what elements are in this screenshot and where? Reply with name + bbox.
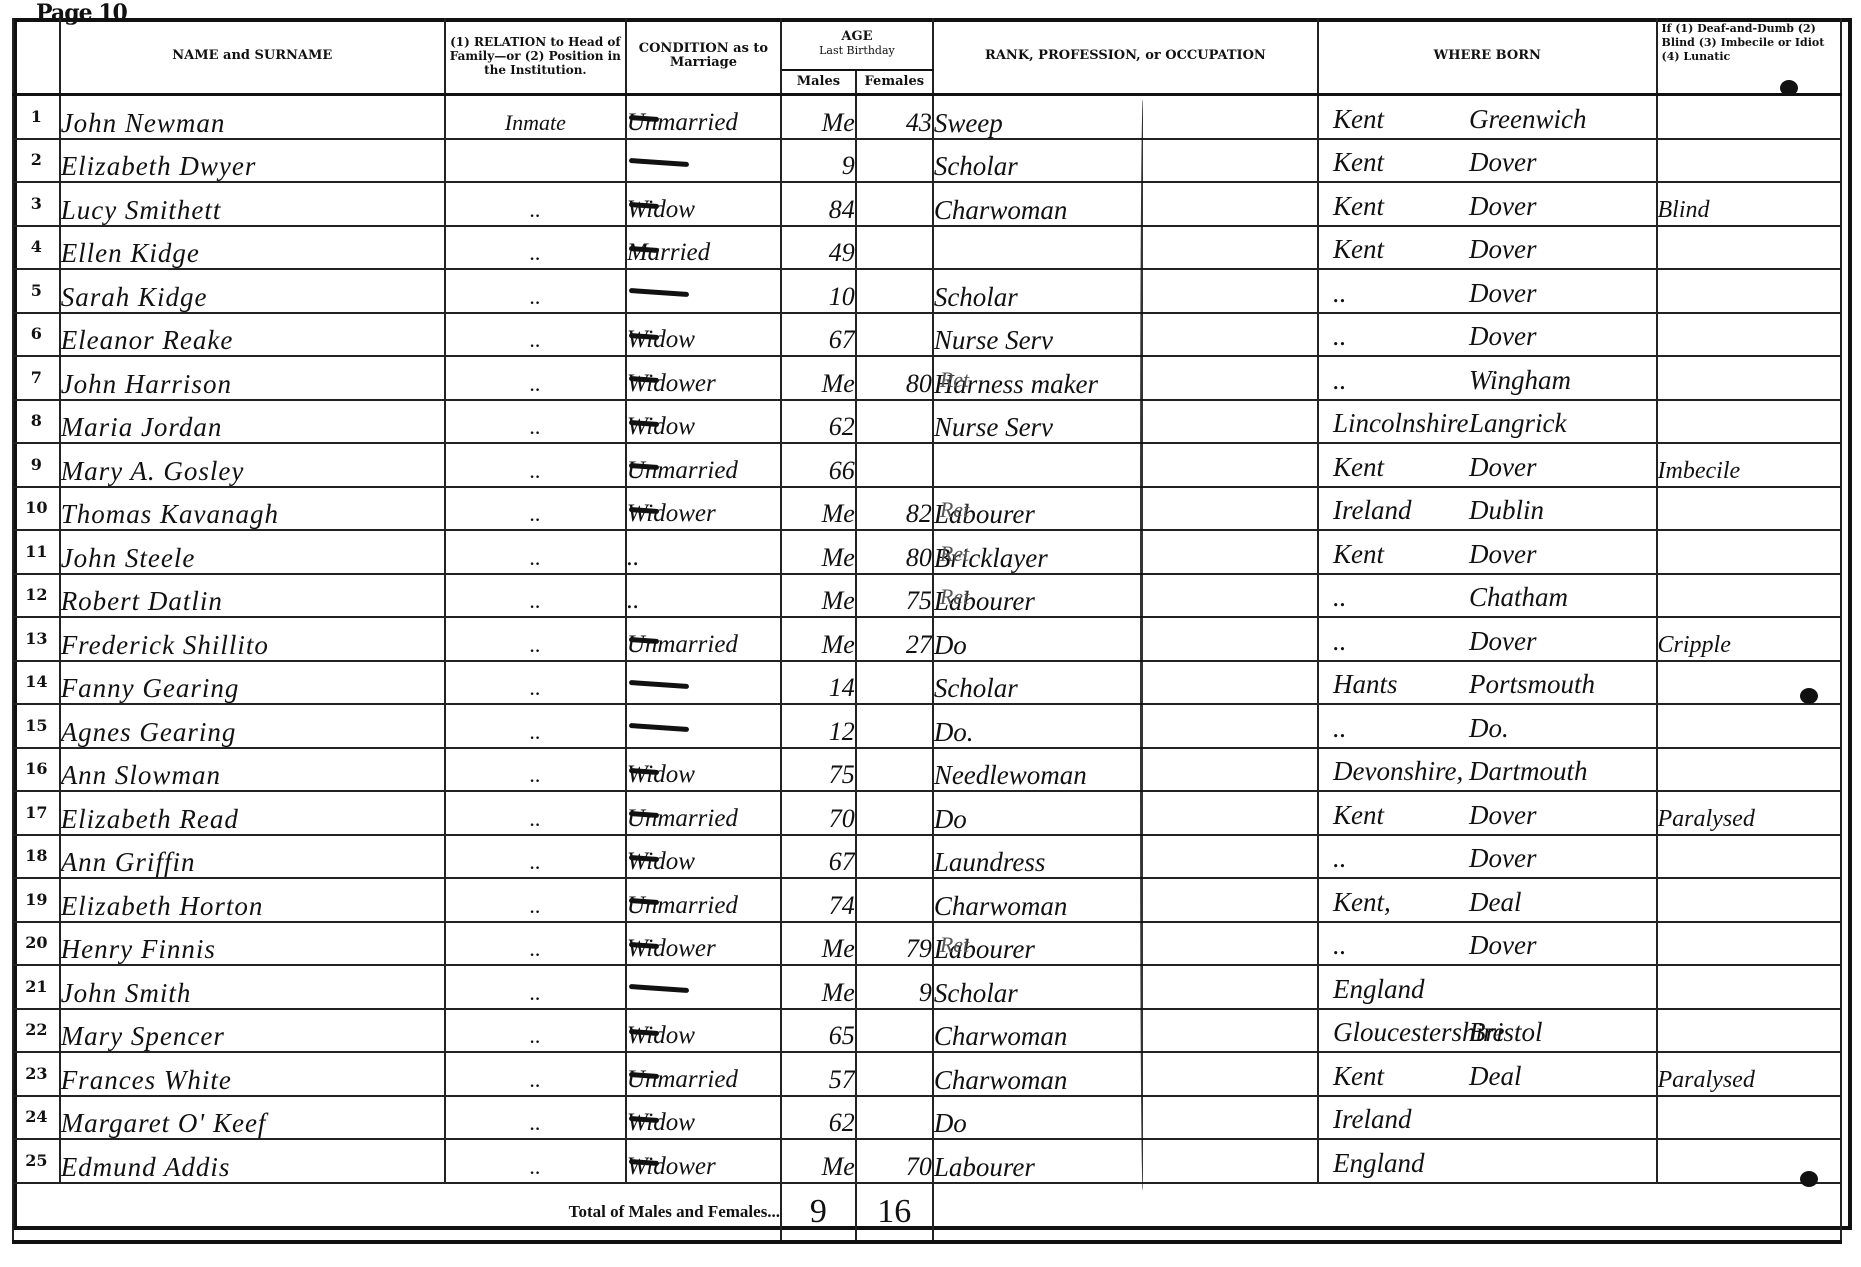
row-number: 10 [13, 487, 60, 531]
marital-condition: .. [626, 530, 781, 574]
age-female [856, 443, 933, 487]
row-number: 24 [13, 1096, 60, 1140]
occupation-text: Scholar [934, 282, 1018, 312]
age-male: 12 [781, 704, 856, 748]
occupation: Charwoman [933, 1009, 1318, 1053]
age-male: 10 [781, 269, 856, 313]
census-row: 15Agnes Gearing..—12Do...Do. [13, 704, 1841, 748]
birth-county: Kent, [1333, 887, 1391, 917]
occupation: Nurse Serv [933, 313, 1318, 357]
row-number: 25 [13, 1139, 60, 1183]
occupation: Labourer [933, 1139, 1318, 1183]
checker-margin-line [1140, 100, 1147, 1190]
marital-condition: Widower [626, 356, 781, 400]
occupation: RetLabourer [933, 922, 1318, 966]
birth-town: Langrick [1469, 408, 1567, 438]
relation [445, 139, 626, 183]
census-row: 3Lucy Smithett..Widow84CharwomanKentDove… [13, 182, 1841, 226]
header-relation: (1) RELATION to Head of Family—or (2) Po… [445, 18, 626, 95]
person-name: Lucy Smithett [60, 182, 445, 226]
person-name: Elizabeth Horton [60, 878, 445, 922]
birth-county: .. [1333, 582, 1347, 612]
marital-condition: Widow [626, 1009, 781, 1053]
age-female [856, 1009, 933, 1053]
condition-text: Widower [627, 500, 716, 527]
marital-condition: .. [626, 574, 781, 618]
where-born: LincolnshireLangrick [1318, 400, 1657, 444]
marital-condition: Widow [626, 748, 781, 792]
header-where-born: WHERE BORN [1318, 18, 1657, 95]
row-number: 16 [13, 748, 60, 792]
infirmity [1657, 748, 1841, 792]
birth-county: Devonshire, [1333, 756, 1463, 786]
census-row: 20Henry Finnis..WidowerMe79RetLabourer..… [13, 922, 1841, 966]
age-male: 62 [781, 1096, 856, 1140]
relation: .. [445, 1009, 626, 1053]
occupation: Do [933, 617, 1318, 661]
relation: .. [445, 400, 626, 444]
occupation: Sweep [933, 95, 1318, 139]
age-female [856, 835, 933, 879]
infirmity: Paralysed [1657, 791, 1841, 835]
age-male: 70 [781, 791, 856, 835]
age-female [856, 1052, 933, 1096]
age-male: Me [781, 487, 856, 531]
infirmity [1657, 487, 1841, 531]
occupation: Do. [933, 704, 1318, 748]
relation: .. [445, 878, 626, 922]
where-born: KentDover [1318, 139, 1657, 183]
where-born: ..Dover [1318, 269, 1657, 313]
row-number: 4 [13, 226, 60, 270]
relation: .. [445, 1139, 626, 1183]
total-females: 16 [856, 1183, 933, 1242]
census-row: 6Eleanor Reake..Widow67Nurse Serv..Dover [13, 313, 1841, 357]
header-males: Males [781, 70, 856, 95]
age-male: Me [781, 965, 856, 1009]
age-female: 70 [856, 1139, 933, 1183]
condition-text: .. [627, 544, 640, 571]
condition-text: Widow [627, 761, 695, 788]
marital-condition: — [626, 269, 781, 313]
birth-town: Dover [1469, 278, 1536, 308]
totals-label: Total of Males and Females... [13, 1183, 781, 1242]
marital-condition: Widow [626, 182, 781, 226]
occupation-text: Labourer [934, 1152, 1035, 1182]
relation: .. [445, 182, 626, 226]
marital-condition: Unmarried [626, 617, 781, 661]
age-female [856, 1096, 933, 1140]
ink-blot [1780, 80, 1798, 96]
birth-county: .. [1333, 321, 1347, 351]
age-male: 74 [781, 878, 856, 922]
person-name: Thomas Kavanagh [60, 487, 445, 531]
where-born: KentDeal [1318, 1052, 1657, 1096]
person-name: Fanny Gearing [60, 661, 445, 705]
condition-text: Widow [627, 1109, 695, 1136]
occupation-text: Needlewoman [934, 760, 1087, 790]
row-number: 13 [13, 617, 60, 661]
marital-condition: Unmarried [626, 443, 781, 487]
relation: .. [445, 791, 626, 835]
occupation-annotation: Ret [940, 365, 969, 395]
where-born: England [1318, 1139, 1657, 1183]
census-row: 10Thomas Kavanagh..WidowerMe82RetLaboure… [13, 487, 1841, 531]
relation: .. [445, 226, 626, 270]
marital-condition: Widower [626, 922, 781, 966]
birth-town: Dublin [1469, 495, 1544, 525]
person-name: Mary A. Gosley [60, 443, 445, 487]
census-row: 4Ellen Kidge..Married49KentDover [13, 226, 1841, 270]
occupation-text: Charwoman [934, 891, 1068, 921]
header-females: Females [856, 70, 933, 95]
occupation-text: Scholar [934, 673, 1018, 703]
occupation-text: Do [934, 804, 967, 834]
birth-town: Dover [1469, 147, 1536, 177]
birth-county: England [1333, 974, 1425, 1004]
age-female: 80 [856, 356, 933, 400]
header-age-title: AGE [782, 30, 932, 44]
total-males: 9 [781, 1183, 856, 1242]
birth-county: .. [1333, 626, 1347, 656]
where-born: ..Chatham [1318, 574, 1657, 618]
birth-county: .. [1333, 843, 1347, 873]
census-row: 21John Smith..—Me9ScholarEngland [13, 965, 1841, 1009]
person-name: Ann Slowman [60, 748, 445, 792]
infirmity: Imbecile [1657, 443, 1841, 487]
occupation-text: Charwoman [934, 195, 1068, 225]
person-name: Elizabeth Dwyer [60, 139, 445, 183]
where-born: IrelandDublin [1318, 487, 1657, 531]
age-female: 80 [856, 530, 933, 574]
row-number: 18 [13, 835, 60, 879]
age-male: 9 [781, 139, 856, 183]
marital-condition: Unmarried [626, 791, 781, 835]
tally-strike [629, 984, 689, 993]
header-condition: CONDITION as to Marriage [626, 18, 781, 95]
occupation: Needlewoman [933, 748, 1318, 792]
infirmity [1657, 878, 1841, 922]
condition-text: Unmarried [627, 631, 738, 658]
occupation-text: Charwoman [934, 1065, 1068, 1095]
condition-text: Married [627, 239, 710, 266]
row-number: 1 [13, 95, 60, 139]
condition-text: Widow [627, 326, 695, 353]
marital-condition: Unmarried [626, 1052, 781, 1096]
occupation: Do [933, 791, 1318, 835]
person-name: Ellen Kidge [60, 226, 445, 270]
person-name: John Harrison [60, 356, 445, 400]
row-number: 8 [13, 400, 60, 444]
row-number: 9 [13, 443, 60, 487]
age-male: 66 [781, 443, 856, 487]
census-row: 14Fanny Gearing..—14ScholarHantsPortsmou… [13, 661, 1841, 705]
age-female [856, 269, 933, 313]
occupation-text: Laundress [934, 847, 1046, 877]
marital-condition: Married [626, 226, 781, 270]
where-born: ..Dover [1318, 313, 1657, 357]
occupation-text: Do [934, 1108, 967, 1138]
age-female [856, 704, 933, 748]
row-number: 21 [13, 965, 60, 1009]
census-row: 7John Harrison..WidowerMe80RetHarness ma… [13, 356, 1841, 400]
infirmity: Cripple [1657, 617, 1841, 661]
person-name: Henry Finnis [60, 922, 445, 966]
marital-condition: — [626, 139, 781, 183]
age-male: Me [781, 574, 856, 618]
occupation: Charwoman [933, 1052, 1318, 1096]
header-infirmity: If (1) Deaf-and-Dumb (2) Blind (3) Imbec… [1657, 18, 1841, 95]
age-female [856, 182, 933, 226]
person-name: Sarah Kidge [60, 269, 445, 313]
infirmity [1657, 922, 1841, 966]
marital-condition: — [626, 965, 781, 1009]
marital-condition: Widower [626, 1139, 781, 1183]
census-row: 5Sarah Kidge..—10Scholar..Dover [13, 269, 1841, 313]
row-number: 19 [13, 878, 60, 922]
occupation: Scholar [933, 965, 1318, 1009]
birth-county: England [1333, 1148, 1425, 1178]
census-row: 18Ann Griffin..Widow67Laundress..Dover [13, 835, 1841, 879]
age-male: 67 [781, 313, 856, 357]
condition-text: Widower [627, 1153, 716, 1180]
birth-county: Kent [1333, 539, 1384, 569]
occupation-text: Do [934, 630, 967, 660]
marital-condition: Unmarried [626, 878, 781, 922]
tally-strike [629, 157, 689, 166]
age-male: 57 [781, 1052, 856, 1096]
age-male: 84 [781, 182, 856, 226]
infirmity [1657, 269, 1841, 313]
birth-town: Deal [1469, 887, 1521, 917]
age-male: 49 [781, 226, 856, 270]
relation: .. [445, 530, 626, 574]
relation: .. [445, 617, 626, 661]
age-female [856, 139, 933, 183]
birth-town: Deal [1469, 1061, 1521, 1091]
census-row: 2Elizabeth Dwyer—9ScholarKentDover [13, 139, 1841, 183]
totals-blank [933, 1183, 1841, 1242]
where-born: Kent,Deal [1318, 878, 1657, 922]
occupation: RetLabourer [933, 487, 1318, 531]
census-table: NAME and SURNAME (1) RELATION to Head of… [12, 18, 1842, 1244]
census-row: 13Frederick Shillito..UnmarriedMe27Do..D… [13, 617, 1841, 661]
age-female [856, 878, 933, 922]
age-female [856, 748, 933, 792]
census-row: 11John Steele....Me80RetBricklayerKentDo… [13, 530, 1841, 574]
occupation: Nurse Serv [933, 400, 1318, 444]
birth-county: .. [1333, 278, 1347, 308]
infirmity: Blind [1657, 182, 1841, 226]
birth-town: Dover [1469, 843, 1536, 873]
census-row: 17Elizabeth Read..Unmarried70DoKentDover… [13, 791, 1841, 835]
condition-text: Widower [627, 370, 716, 397]
census-row: 22Mary Spencer..Widow65CharwomanGloucest… [13, 1009, 1841, 1053]
census-row: 8Maria Jordan..Widow62Nurse ServLincolns… [13, 400, 1841, 444]
occupation: RetLabourer [933, 574, 1318, 618]
header-age: AGE Last Birthday [781, 18, 933, 70]
infirmity [1657, 313, 1841, 357]
relation: .. [445, 1096, 626, 1140]
census-row: 23Frances White..Unmarried57CharwomanKen… [13, 1052, 1841, 1096]
age-female: 79 [856, 922, 933, 966]
condition-text: Widow [627, 196, 695, 223]
birth-town: Dover [1469, 930, 1536, 960]
occupation: RetBricklayer [933, 530, 1318, 574]
row-number: 7 [13, 356, 60, 400]
tally-strike [629, 723, 689, 732]
birth-town: Dover [1469, 626, 1536, 656]
birth-county: .. [1333, 365, 1347, 395]
header-name: NAME and SURNAME [60, 18, 445, 95]
marital-condition: Widower [626, 487, 781, 531]
age-male: Me [781, 95, 856, 139]
row-number: 5 [13, 269, 60, 313]
birth-town: Dover [1469, 191, 1536, 221]
relation: .. [445, 443, 626, 487]
census-row: 16Ann Slowman..Widow75NeedlewomanDevonsh… [13, 748, 1841, 792]
infirmity [1657, 574, 1841, 618]
relation: .. [445, 748, 626, 792]
row-number: 14 [13, 661, 60, 705]
where-born: HantsPortsmouth [1318, 661, 1657, 705]
person-name: Margaret O' Keef [60, 1096, 445, 1140]
where-born: Devonshire,Dartmouth [1318, 748, 1657, 792]
age-male: Me [781, 922, 856, 966]
row-number: 11 [13, 530, 60, 574]
relation: Inmate [445, 95, 626, 139]
occupation: Charwoman [933, 878, 1318, 922]
relation: .. [445, 313, 626, 357]
occupation-annotation: Ret [940, 582, 969, 612]
birth-town: Dover [1469, 234, 1536, 264]
birth-county: Kent [1333, 1061, 1384, 1091]
occupation [933, 226, 1318, 270]
where-born: ..Dover [1318, 835, 1657, 879]
infirmity [1657, 1009, 1841, 1053]
condition-text: Widow [627, 413, 695, 440]
tally-strike [629, 679, 689, 688]
person-name: Frederick Shillito [60, 617, 445, 661]
condition-text: Unmarried [627, 109, 738, 136]
occupation-annotation: Ret [940, 930, 969, 960]
person-name: Frances White [60, 1052, 445, 1096]
birth-county: Kent [1333, 191, 1384, 221]
age-male: Me [781, 617, 856, 661]
birth-county: Ireland [1333, 1104, 1411, 1134]
age-male: Me [781, 356, 856, 400]
marital-condition: Widow [626, 400, 781, 444]
row-number: 20 [13, 922, 60, 966]
birth-town: Greenwich [1469, 104, 1586, 134]
infirmity [1657, 95, 1841, 139]
relation: .. [445, 487, 626, 531]
birth-town: Dover [1469, 452, 1536, 482]
age-female: 27 [856, 617, 933, 661]
age-female: 43 [856, 95, 933, 139]
birth-town: Bristol [1469, 1017, 1543, 1047]
infirmity [1657, 1096, 1841, 1140]
relation: .. [445, 574, 626, 618]
occupation: RetHarness maker [933, 356, 1318, 400]
infirmity [1657, 226, 1841, 270]
condition-text: Widower [627, 935, 716, 962]
where-born: ..Dover [1318, 922, 1657, 966]
relation: .. [445, 269, 626, 313]
person-name: Ann Griffin [60, 835, 445, 879]
birth-town: Chatham [1469, 582, 1568, 612]
occupation: Scholar [933, 269, 1318, 313]
occupation-text: Nurse Serv [934, 412, 1053, 442]
where-born: GloucestershireBristol [1318, 1009, 1657, 1053]
occupation [933, 443, 1318, 487]
person-name: Elizabeth Read [60, 791, 445, 835]
infirmity: Paralysed [1657, 1052, 1841, 1096]
birth-county: Kent [1333, 104, 1384, 134]
relation: .. [445, 835, 626, 879]
census-row: 19Elizabeth Horton..Unmarried74Charwoman… [13, 878, 1841, 922]
infirmity [1657, 400, 1841, 444]
birth-county: Ireland [1333, 495, 1411, 525]
where-born: KentDover [1318, 530, 1657, 574]
row-number: 23 [13, 1052, 60, 1096]
person-name: Robert Datlin [60, 574, 445, 618]
person-name: John Smith [60, 965, 445, 1009]
age-male: Me [781, 530, 856, 574]
marital-condition: — [626, 704, 781, 748]
infirmity [1657, 965, 1841, 1009]
occupation-annotation: Ret [940, 539, 969, 569]
birth-county: Hants [1333, 669, 1398, 699]
birth-town: Dover [1469, 800, 1536, 830]
where-born: ..Wingham [1318, 356, 1657, 400]
where-born: KentDover [1318, 226, 1657, 270]
occupation-annotation: Ret [940, 495, 969, 525]
birth-county: Kent [1333, 234, 1384, 264]
age-male: 65 [781, 1009, 856, 1053]
birth-county: Kent [1333, 800, 1384, 830]
infirmity [1657, 139, 1841, 183]
where-born: ..Do. [1318, 704, 1657, 748]
row-number: 15 [13, 704, 60, 748]
where-born: KentDover [1318, 443, 1657, 487]
birth-town: Do. [1469, 713, 1509, 743]
birth-county: .. [1333, 713, 1347, 743]
age-male: 62 [781, 400, 856, 444]
age-male: 14 [781, 661, 856, 705]
person-name: Edmund Addis [60, 1139, 445, 1183]
census-row: 25Edmund Addis..WidowerMe70LabourerEngla… [13, 1139, 1841, 1183]
occupation-text: Scholar [934, 978, 1018, 1008]
occupation-text: Sweep [934, 108, 1003, 138]
condition-text: Unmarried [627, 457, 738, 484]
person-name: Mary Spencer [60, 1009, 445, 1053]
census-row: 9Mary A. Gosley..Unmarried66KentDoverImb… [13, 443, 1841, 487]
age-male: Me [781, 1139, 856, 1183]
header-age-sub: Last Birthday [782, 44, 932, 58]
infirmity [1657, 835, 1841, 879]
age-female [856, 226, 933, 270]
person-name: Agnes Gearing [60, 704, 445, 748]
where-born: KentDover [1318, 182, 1657, 226]
marital-condition: Widow [626, 1096, 781, 1140]
age-female: 9 [856, 965, 933, 1009]
occupation: Scholar [933, 661, 1318, 705]
row-number: 22 [13, 1009, 60, 1053]
row-number: 3 [13, 182, 60, 226]
age-male: 75 [781, 748, 856, 792]
person-name: Eleanor Reake [60, 313, 445, 357]
